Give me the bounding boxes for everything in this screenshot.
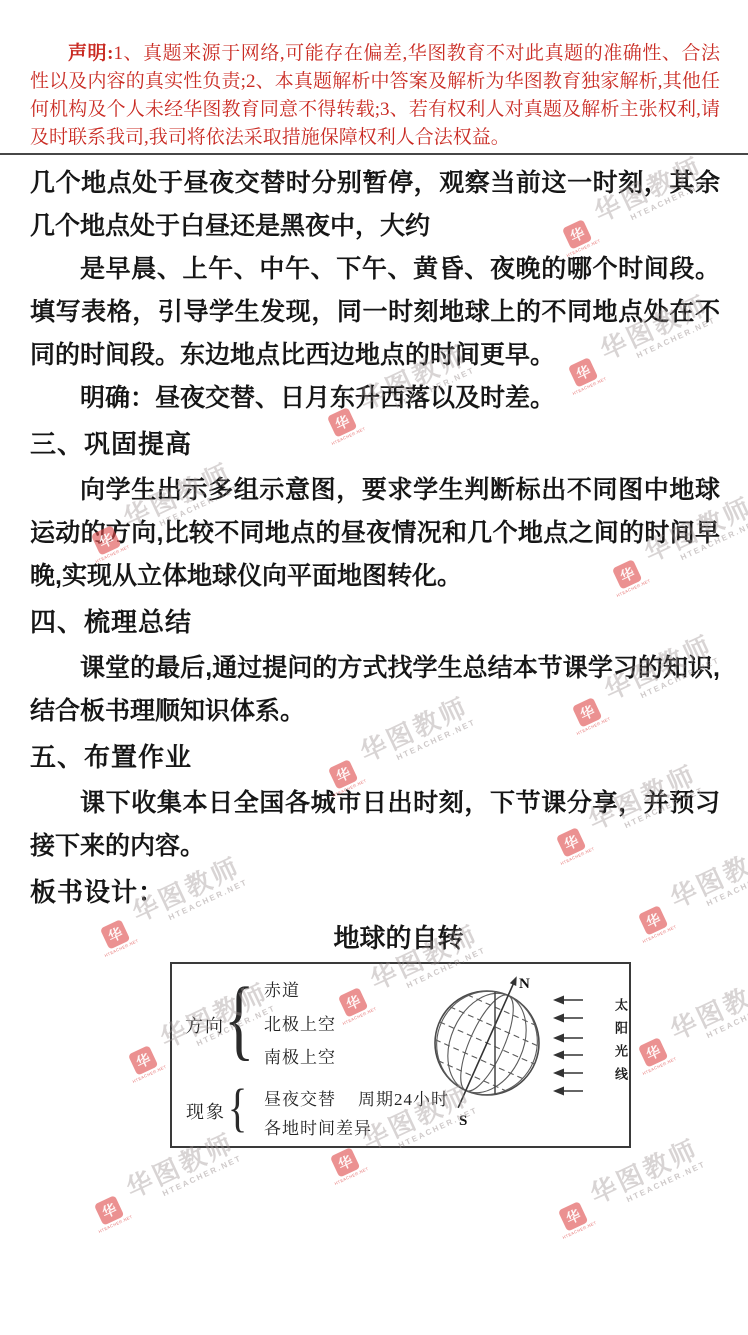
disclaimer-paragraph: 声明:1、真题来源于网络,可能存在偏差,华图教育不对此真题的准确性、合法性以及内… <box>30 40 720 152</box>
north-label: N <box>519 976 530 992</box>
paragraph-homework: 课下收集本日全国各城市日出时刻，下节课分享，并预习接下来的内容。 <box>30 782 720 868</box>
watermark-en-text: HTEACHER.NET <box>598 1159 708 1216</box>
direction-label: 方向 <box>185 1016 225 1036</box>
paragraph-continued: 几个地点处于昼夜交替时分别暂停，观察当前这一时刻，其余几个地点处于白昼还是黑夜中… <box>30 162 720 248</box>
section-heading-summary: 四、梳理总结 <box>30 601 720 644</box>
paragraph-time-periods: 是早晨、上午、中午、下午、黄昏、夜晚的哪个时间段。填写表格，引导学生发现，同一时… <box>30 248 720 377</box>
paragraph-consolidate: 向学生出示多组示意图，要求学生判断标出不同图中地球运动的方向,比较不同地点的昼夜… <box>30 469 720 598</box>
globe-grid <box>415 970 564 1129</box>
section-heading-consolidate: 三、巩固提高 <box>30 423 720 466</box>
direction-item-equator: 赤道 <box>264 981 300 1001</box>
direction-item-south-pole: 南极上空 <box>264 1048 336 1068</box>
sun-rays-label: 太阳光线 <box>599 998 642 1114</box>
watermark: 华HTEACHER.NET华图教师HTEACHER.NET <box>546 1134 709 1240</box>
direction-item-north-pole: 北极上空 <box>264 1015 336 1035</box>
phenomenon-item-time-difference: 各地时间差异 <box>264 1119 372 1139</box>
disclaimer-body: 1、真题来源于网络,可能存在偏差,华图教育不对此真题的准确性、合法性以及内容的真… <box>30 43 720 148</box>
paragraph-summary: 课堂的最后,通过提问的方式找学生总结本节课学习的知识,结合板书理顺知识体系。 <box>30 647 720 733</box>
phenomenon-item-day-night: 昼夜交替 <box>264 1090 336 1110</box>
sun-ray-arrows <box>553 996 583 1096</box>
south-label: S <box>459 1113 467 1129</box>
paragraph-clarify: 明确：昼夜交替、日月东升西落以及时差。 <box>30 377 720 420</box>
direction-brace: { <box>224 971 255 1070</box>
section-heading-homework: 五、布置作业 <box>30 736 720 779</box>
disclaimer-label: 声明: <box>68 43 113 64</box>
earth-axis <box>458 978 516 1108</box>
board-design-label: 板书设计： <box>30 871 720 914</box>
watermark-logo: 华HTEACHER.NET <box>87 1192 133 1234</box>
globe-illustration: N S <box>415 970 600 1138</box>
watermark-logo: 华HTEACHER.NET <box>323 1144 369 1186</box>
phenomenon-brace: { <box>228 1079 248 1138</box>
document-page: 声明:1、真题来源于网络,可能存在偏差,华图教育不对此真题的准确性、合法性以及内… <box>0 0 748 1335</box>
lesson-content: 几个地点处于昼夜交替时分别暂停，观察当前这一时刻，其余几个地点处于白昼还是黑夜中… <box>30 162 720 1148</box>
divider-line <box>0 153 748 155</box>
watermark-logo: 华HTEACHER.NET <box>551 1198 597 1240</box>
phenomenon-label: 现象 <box>186 1102 226 1122</box>
watermark-en-text: HTEACHER.NET <box>134 1153 244 1210</box>
board-diagram-box: 方向 { 赤道 北极上空 南极上空 现象 { 昼夜交替 周期24小时 各地时间差… <box>170 962 631 1148</box>
board-title: 地球的自转 <box>170 917 627 960</box>
